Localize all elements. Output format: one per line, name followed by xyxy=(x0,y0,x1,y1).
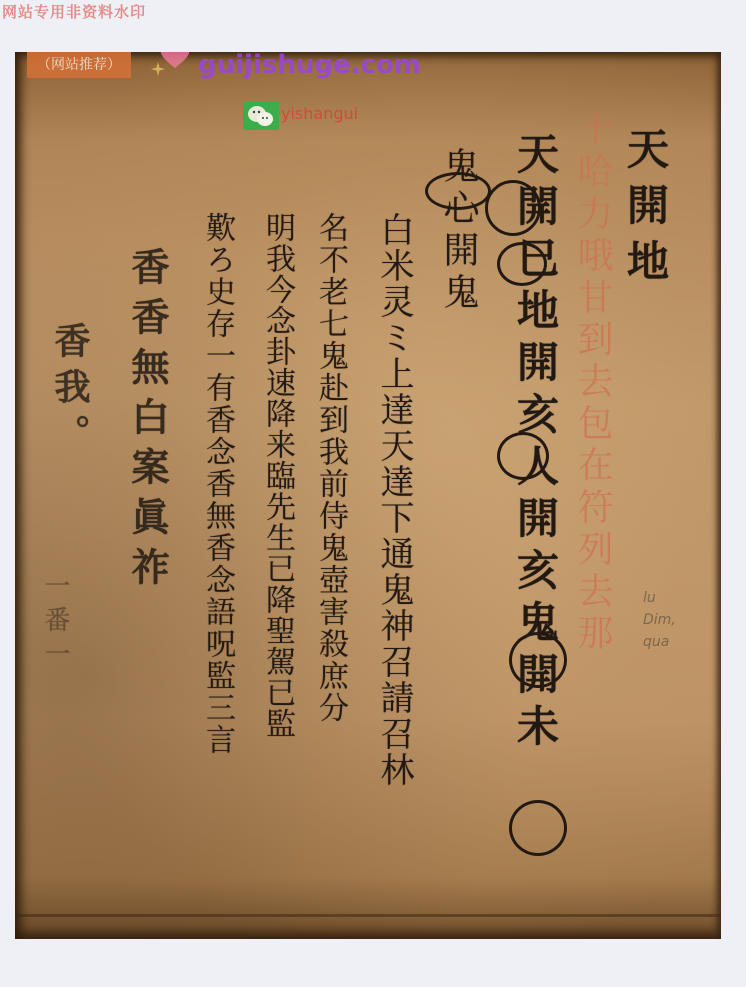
manuscript-column-7: 歎ろ史存一有香念香無香念語呪監三言 xyxy=(195,212,239,756)
circled-character-mark xyxy=(509,632,567,688)
wechat-id-watermark: yishangui xyxy=(281,104,358,123)
scanned-manuscript-page: （网站推荐） guijishuge.com yishangui 十哈力哦甘到去包… xyxy=(15,52,721,939)
manuscript-column-9: 香我。 xyxy=(45,322,96,460)
site-watermark: guijishuge.com xyxy=(198,52,421,80)
manuscript-column-6: 明我今念卦速降来臨先生已降聖駕已監 xyxy=(255,212,299,739)
manuscript-column-4: 白米灵ミ上達天達下通鬼神召請召林 xyxy=(370,212,419,788)
manuscript-column-1: 天開地 xyxy=(615,127,675,295)
manuscript-column-10: 一番一 xyxy=(37,572,74,674)
pencil-line: lu xyxy=(643,587,703,609)
circled-character-mark xyxy=(497,432,549,480)
wechat-icon xyxy=(243,102,279,130)
site-recommend-badge: （网站推荐） xyxy=(27,52,131,78)
circled-character-mark xyxy=(497,242,547,286)
circled-character-mark xyxy=(425,172,491,210)
pencil-annotation: lu Dim, qua xyxy=(643,587,703,653)
manuscript-column-5: 名不老七鬼赴到我前侍鬼壺害殺庶分 xyxy=(308,212,352,724)
pencil-line: qua xyxy=(643,631,703,653)
circled-character-mark xyxy=(509,800,567,856)
manuscript-column-8: 香香無白案眞祚 xyxy=(120,247,175,597)
sparkle-icon xyxy=(151,62,165,76)
circled-character-mark xyxy=(485,180,541,236)
red-ink-annotation-column: 十哈力哦甘到去包在符列去那 xyxy=(567,110,618,656)
pencil-line: Dim, xyxy=(643,609,703,631)
top-watermark-text: 网站专用非资料水印 xyxy=(2,1,146,22)
